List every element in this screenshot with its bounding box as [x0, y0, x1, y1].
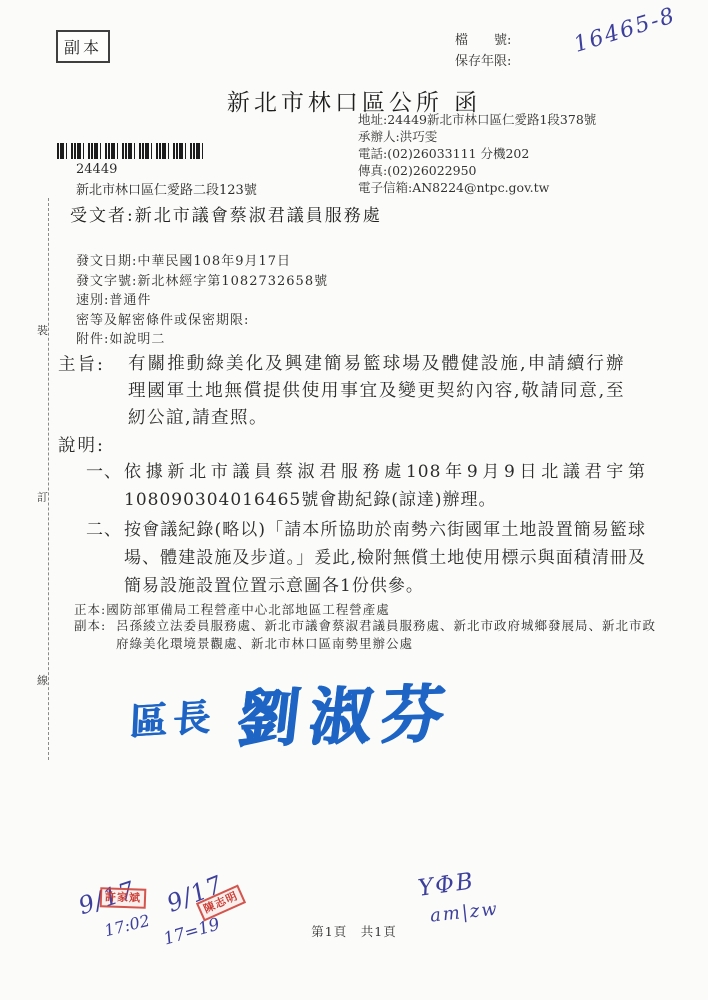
original-recipient-line: 正本:國防部軍備局工程營產中心北部地區工程營產處: [74, 600, 390, 618]
page-number-footer: 第1頁 共1頁: [0, 922, 708, 940]
binding-char-zhuang: 裝: [37, 322, 48, 338]
copy-recipient-list: 呂孫綾立法委員服務處、新北市議會蔡淑君議員服務處、新北市政府城鄉發展局、新北市政…: [116, 617, 661, 652]
issue-date: 發文日期:中華民國108年9月17日: [76, 252, 328, 272]
handwritten-initials-line1: YΦB: [416, 868, 476, 902]
sender-address: 地址:24449新北市林口區仁愛路1段378號: [358, 111, 596, 128]
item-text: 按會議紀錄(略以)「請本所協助於南勢六街國軍土地設置簡易籃球場、體建設施及步道。…: [124, 516, 646, 600]
sender-email: 電子信箱:AN8224@ntpc.gov.tw: [358, 179, 596, 196]
copy-label: 副本: [64, 38, 102, 57]
document-number: 發文字號:新北林經字第1082732658號: [76, 272, 328, 292]
signature-name: 劉淑芬: [233, 664, 459, 759]
sender-phone: 電話:(02)26033111 分機202: [358, 145, 596, 162]
speed-class: 速別:普通件: [76, 291, 328, 311]
binding-char-xian: 線: [37, 672, 48, 688]
item-number: 一、: [86, 458, 124, 486]
handwritten-file-number: 16465-8: [540, 0, 708, 67]
retention-label: 保存年限:: [455, 51, 511, 72]
item-text: 依據新北市議員蔡淑君服務處108年9月9日北議君宇第10809030401646…: [124, 458, 646, 514]
description-item-2: 二、 按會議紀錄(略以)「請本所協助於南勢六街國軍土地設置簡易籃球場、體建設施及…: [86, 516, 656, 600]
subject-section: 主旨: 有關推動綠美化及興建簡易籃球場及體健設施,申請續行辦理國軍土地無償提供使…: [58, 351, 678, 432]
document-meta-block: 發文日期:中華民國108年9月17日 發文字號:新北林經字第1082732658…: [76, 252, 328, 350]
file-no-label: 檔 號:: [455, 30, 511, 51]
recipient-address: 新北市林口區仁愛路二段123號: [76, 179, 257, 198]
security-class: 密等及解密條件或保密期限:: [76, 311, 328, 331]
sender-fax: 傳真:(02)26022950: [358, 162, 596, 179]
description-label: 說明:: [58, 432, 105, 457]
item-number: 二、: [86, 516, 124, 544]
copy-label-box: 副本: [56, 30, 110, 63]
sender-contact: 承辦人:洪巧雯: [358, 128, 596, 145]
file-number-block: 檔 號: 保存年限:: [455, 30, 511, 72]
subject-label: 主旨:: [58, 351, 128, 376]
description-item-1: 一、 依據新北市議員蔡淑君服務處108年9月9日北議君宇第10809030401…: [86, 458, 656, 514]
mayor-signature-stamp: 區長 劉淑芬: [129, 664, 455, 761]
signature-title: 區長: [129, 686, 218, 745]
binding-margin-line: [48, 198, 49, 760]
sender-info-block: 地址:24449新北市林口區仁愛路1段378號 承辦人:洪巧雯 電話:(02)2…: [358, 111, 596, 196]
attachment-note: 附件:如說明二: [76, 330, 328, 350]
document-title: 新北市林口區公所 函: [0, 84, 708, 117]
copy-recipient-label: 副本:: [74, 617, 116, 635]
copy-recipient-section: 副本: 呂孫綾立法委員服務處、新北市議會蔡淑君議員服務處、新北市政府城鄉發展局、…: [74, 617, 674, 652]
recipient-postal-code: 24449: [76, 162, 117, 177]
red-name-stamp-left: 許家斌: [100, 887, 147, 909]
recipient-line: 受文者:新北市議會蔡淑君議員服務處: [70, 201, 382, 226]
binding-char-ding: 訂: [37, 489, 48, 505]
subject-text: 有關推動綠美化及興建簡易籃球場及體健設施,申請續行辦理國軍土地無償提供使用事宜及…: [128, 351, 625, 432]
barcode: [57, 143, 207, 159]
